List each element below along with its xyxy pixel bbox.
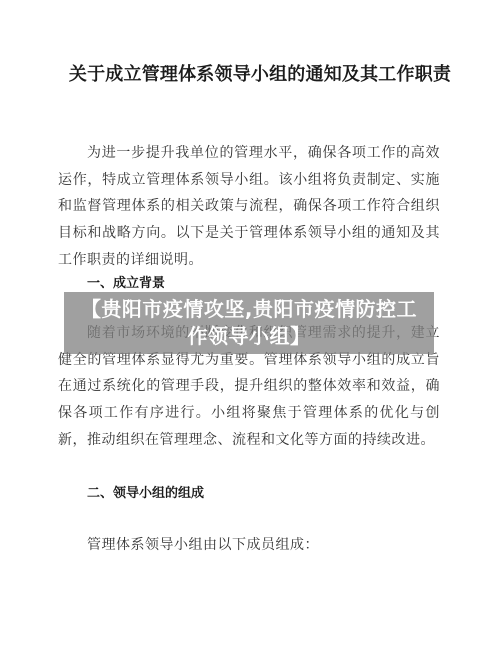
section-heading-background: 一、成立背景 [87, 276, 165, 292]
composition-paragraph: 管理体系领导小组由以下成员组成： [58, 532, 440, 559]
section-heading-composition: 二、领导小组的组成 [87, 486, 204, 502]
intro-paragraph: 为进一步提升我单位的管理水平，确保各项工作的高效运作，特成立管理体系领导小组。该… [58, 140, 440, 274]
document-title: 关于成立管理体系领导小组的通知及其工作职责 [60, 62, 460, 88]
document-page: 关于成立管理体系领导小组的通知及其工作职责 为进一步提升我单位的管理水平，确保各… [0, 0, 500, 647]
overlay-banner-text: 【贵阳市疫情攻坚,贵阳市疫情防控工作领导小组】 [71, 296, 427, 350]
title-overlay-banner: 【贵阳市疫情攻坚,贵阳市疫情防控工作领导小组】 [64, 292, 434, 354]
